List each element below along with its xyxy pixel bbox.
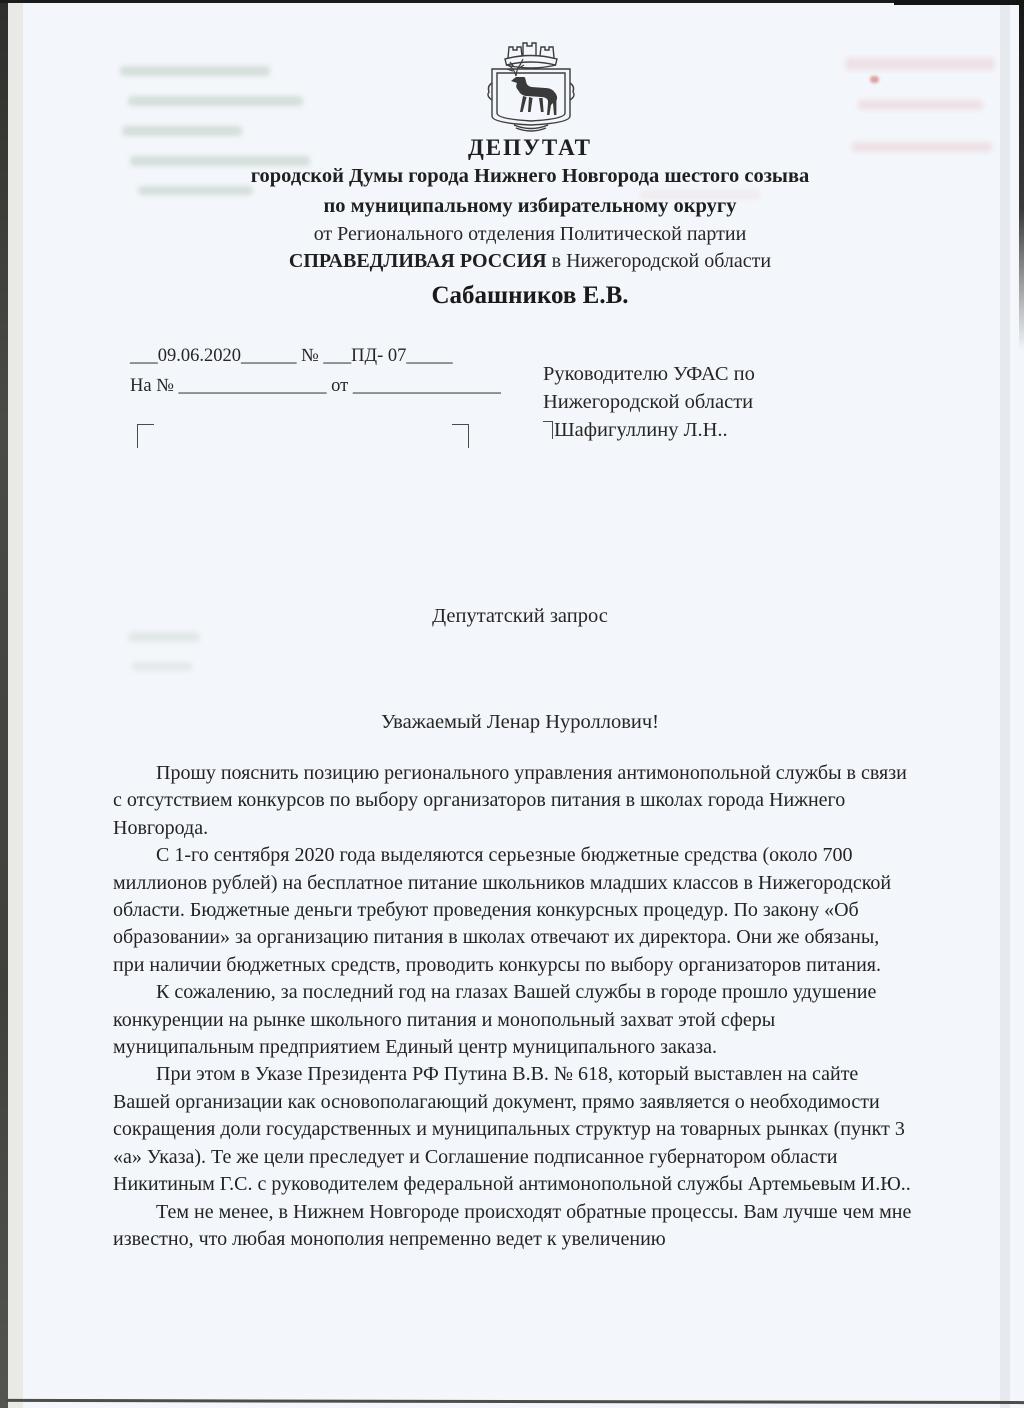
date-number-line: ___09.06.2020______ № ___ПД- 07_____: [130, 346, 530, 367]
coat-of-arms-nizhny-novgorod-icon: [478, 38, 584, 134]
scanner-edge-bottom: [6, 1399, 1024, 1404]
scan-shading-right: [1000, 0, 1010, 1408]
paragraph: С 1-го сентября 2020 года выделяются сер…: [113, 842, 915, 979]
recipient-name: Шафигуллину Л.Н..: [554, 419, 728, 441]
bleedthrough-smudge: [845, 58, 995, 70]
letterhead-district-line: по муниципальному избирательному округу: [60, 195, 1000, 218]
reply-to-line: На № ________________ от _______________…: [130, 376, 530, 397]
bleedthrough-smudge: [858, 100, 983, 110]
letterhead-duma-line: городской Думы города Нижнего Новгорода …: [60, 165, 1000, 188]
letter-body: Прошу пояснить позицию регионального упр…: [113, 760, 915, 1253]
paragraph: Тем не менее, в Нижнем Новгороде происхо…: [113, 1199, 915, 1254]
scanner-edge-left-strip: [8, 0, 23, 1408]
scanner-edge-top: [0, 0, 1024, 3]
reference-block: ___09.06.2020______ № ___ПД- 07_____ На …: [130, 346, 530, 397]
party-region: в Нижегородской области: [547, 250, 771, 272]
scanner-edge-left: [0, 0, 8, 1408]
bleedthrough-speck: [870, 76, 879, 83]
bleedthrough-smudge: [132, 662, 192, 671]
deputy-name: Сабашников Е.В.: [60, 282, 1000, 310]
salutation: Уважаемый Ленар Нуроллович!: [120, 711, 920, 734]
document-type-heading: Депутатский запрос: [120, 605, 920, 628]
letterhead-branch-line: от Регионального отделения Политической …: [60, 223, 1000, 246]
paragraph: При этом в Указе Президента РФ Путина В.…: [113, 1061, 915, 1198]
address-corner-mark-right: [452, 424, 469, 448]
recipient-block: Руководителю УФАС по Нижегородской облас…: [543, 360, 843, 444]
recipient-line-1: Руководителю УФАС по: [543, 360, 843, 388]
paragraph: Прошу пояснить позицию регионального упр…: [113, 760, 915, 842]
scanner-edge-right: [1019, 0, 1024, 350]
bleedthrough-smudge: [128, 96, 303, 106]
scanned-letter-page: ДЕПУТАТ городской Думы города Нижнего Но…: [0, 0, 1024, 1408]
party-name: СПРАВЕДЛИВАЯ РОССИЯ: [289, 250, 547, 272]
address-corner-mark-left: [137, 424, 154, 448]
corner-artifact: [543, 421, 553, 439]
recipient-line-3: Шафигуллину Л.Н..: [543, 416, 843, 444]
recipient-line-2: Нижегородской области: [543, 388, 843, 416]
bleedthrough-smudge: [128, 632, 200, 642]
bleedthrough-smudge: [120, 66, 270, 76]
paragraph: К сожалению, за последний год на глазах …: [113, 979, 915, 1061]
letterhead-party-line: СПРАВЕДЛИВАЯ РОССИЯ в Нижегородской обла…: [60, 250, 1000, 273]
letterhead-title: ДЕПУТАТ: [60, 135, 1000, 161]
scanner-edge-top-right: [894, 0, 1024, 5]
